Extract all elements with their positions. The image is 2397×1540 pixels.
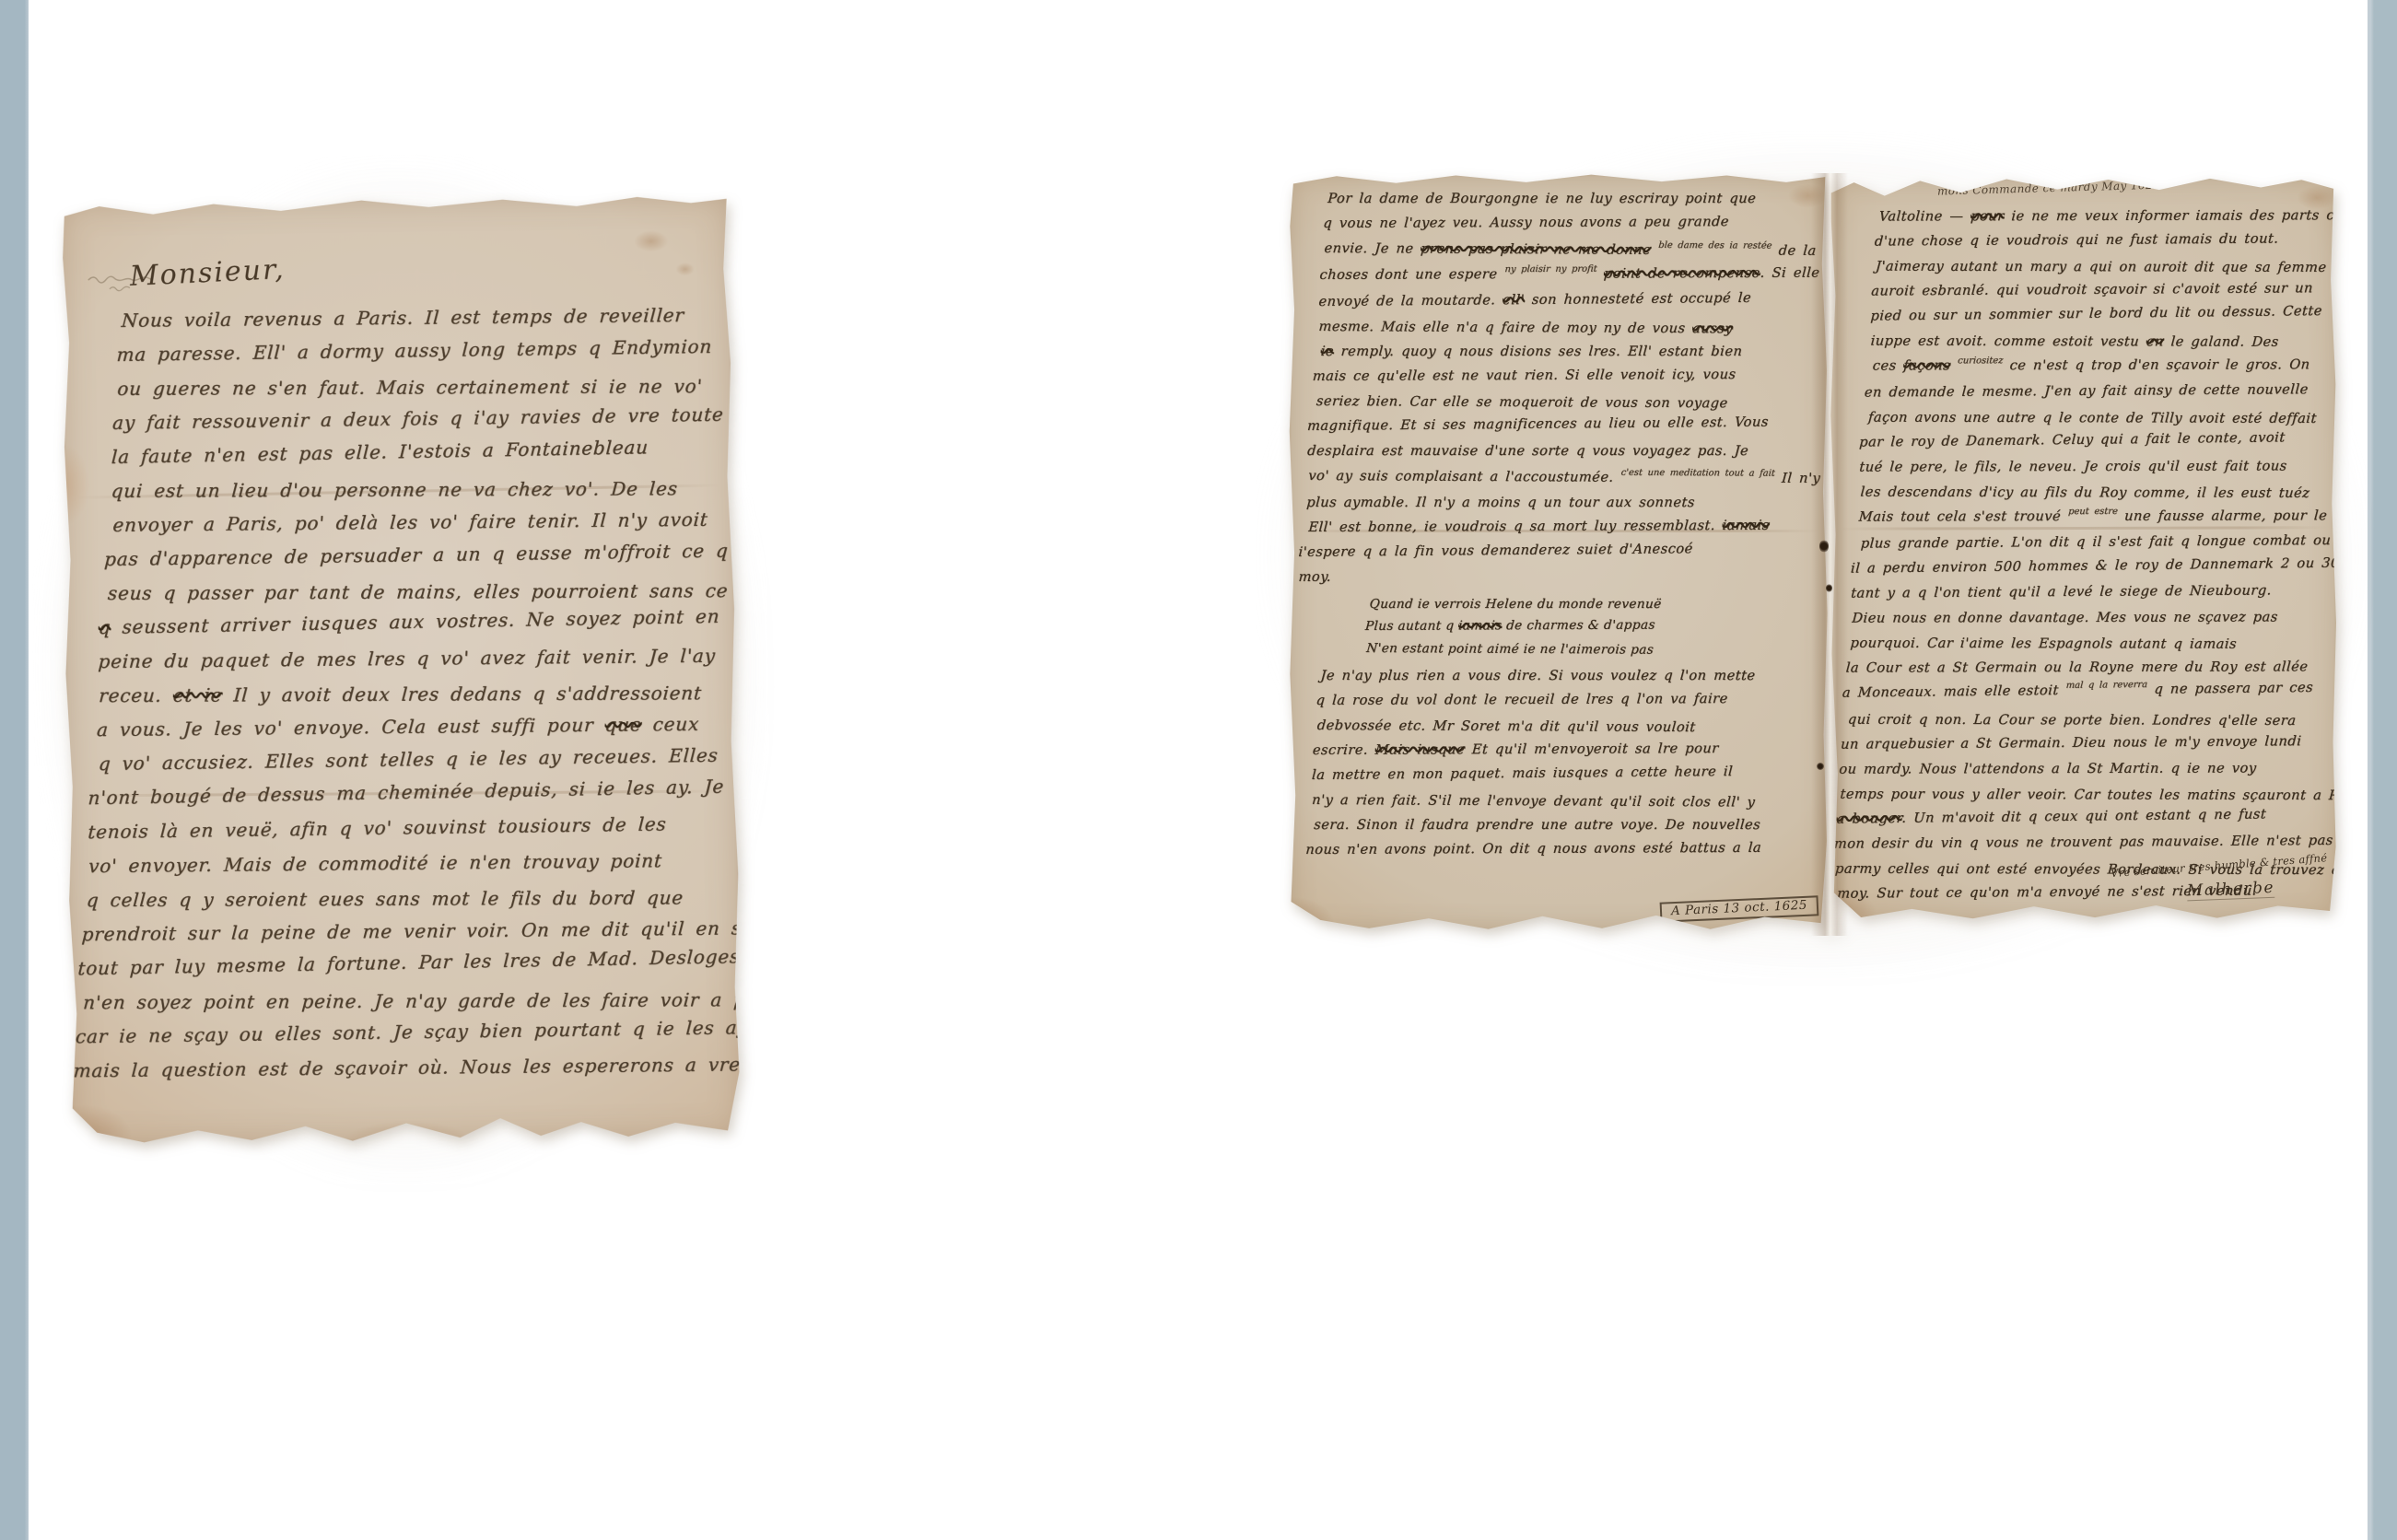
- manuscript-line: envoyé de la moutarde. ell' son honneste…: [1318, 285, 1826, 314]
- manuscript-line: moy.: [1298, 563, 1808, 589]
- manuscript-line: n'y a rien fait. S'il me l'envoye devant…: [1311, 787, 1821, 815]
- manuscript-line: tant y a q l'on tient qu'il a levé le si…: [1850, 577, 2327, 606]
- left-leaf-text-wrap: Por la dame de Bourgongne ie ne luy escr…: [1288, 173, 1830, 862]
- left-leaf-text-continued: Je n'ay plus rien a vous dire. Si vous v…: [1304, 663, 1827, 862]
- bifolium-right-leaf: mons Commande ce mardy May 1625 Valtolin…: [1829, 175, 2339, 922]
- signature-malherbe: Malherbe: [2187, 879, 2275, 902]
- left-letter-photo: Monsieur, Nous voila revenus a Paris. Il…: [59, 193, 742, 1147]
- manuscript-line: ie remply. quoy q nous disions ses lres.…: [1320, 339, 1824, 364]
- quoted-verse: Quand ie verrois Helene du monde revenuë…: [1362, 593, 1822, 659]
- manuscript-line: Por la dame de Bourgongne ie ne luy escr…: [1327, 186, 1834, 211]
- manuscript-line: mesme. Mais elle n'a q faire de moy ny d…: [1318, 314, 1829, 342]
- manuscript-line: nous n'en avons point. On dit q nous avo…: [1305, 835, 1816, 862]
- manuscript-line: magnifique. Et si ses magnificences au l…: [1306, 409, 1817, 438]
- manuscript-line: Je n'ay plus rien a vous dire. Si vous v…: [1320, 663, 1828, 688]
- manuscript-line: vo' ay suis complaisant a l'accoustumée.…: [1307, 463, 1818, 493]
- manuscript-line: i'espere q a la fin vous demanderez suie…: [1298, 535, 1808, 565]
- manuscript-line: q vous ne l'ayez veu. Aussy nous avons a…: [1323, 209, 1833, 236]
- manuscript-line: Valtoline — pour ie ne me veux informer …: [1878, 203, 2353, 228]
- right-letter-photo: Por la dame de Bourgongne ie ne luy escr…: [1288, 173, 2338, 936]
- manuscript-line: tué le pere, le fils, le neveu. Je crois…: [1859, 453, 2336, 479]
- manuscript-line: pied ou sur un sommier sur le bord du li…: [1870, 298, 2344, 329]
- manuscript-line: iuppe est avoit. comme estoit vestu en l…: [1870, 329, 2347, 355]
- manuscript-line: ou mardy. Nous l'attendons a la St Marti…: [1838, 755, 2315, 781]
- manuscript-line: un arquebusier a St Germain. Dieu nous l…: [1840, 729, 2317, 757]
- manuscript-line: Dieu nous en donne davantage. Mes vous n…: [1851, 604, 2325, 630]
- manuscript-line: qui est un lieu d'ou personne ne va chez…: [111, 472, 730, 508]
- manuscript-line: Quand ie verrois Helene du monde revenuë: [1369, 593, 1823, 615]
- left-leaf-text: Por la dame de Bourgongne ie ne luy escr…: [1298, 186, 1835, 589]
- left-margin-band: [0, 0, 29, 1540]
- left-letter-paper: Monsieur, Nous voila revenus a Paris. Il…: [59, 193, 742, 1147]
- manuscript-line: en demande le mesme. J'en ay fait ainsy …: [1864, 377, 2341, 405]
- manuscript-line: la mettre en mon paquet. mais iusques a …: [1311, 758, 1818, 787]
- right-leaf-text: Valtoline — pour ie ne me veux informer …: [1830, 203, 2352, 905]
- manuscript-line: Plus autant q iamais de charmes & d'appa…: [1364, 613, 1821, 637]
- left-letter-text: Nous voila revenus a Paris. Il est temps…: [73, 297, 737, 1088]
- manuscript-line: a Monceaux. mais elle estoit mal q la re…: [1842, 675, 2319, 707]
- manuscript-line: Mais tout cela s'est trouvé peut estre u…: [1858, 503, 2333, 531]
- catalog-page: Monsieur, Nous voila revenus a Paris. Il…: [0, 0, 2397, 1540]
- manuscript-line: receu. et ie Il y avoit deux lres dedans…: [98, 676, 717, 713]
- manuscript-line: desplaira est mauvaise d'une sorte q vou…: [1306, 438, 1817, 463]
- manuscript-line: vo' envoyer. Mais de commodité ie n'en t…: [88, 844, 704, 883]
- manuscript-line: a bouger. Un m'avoit dit q ceux qui ont …: [1836, 801, 2310, 832]
- manuscript-line: d'une chose q ie voudrois qui ne fust ia…: [1874, 226, 2351, 254]
- manuscript-line: plus aymable. Il n'y a moins q un tour a…: [1305, 490, 1813, 515]
- manuscript-line: mais ce qu'elle est ne vaut rien. Si ell…: [1312, 362, 1822, 389]
- dateline-box: A Paris 13 oct. 1625: [1660, 895, 1819, 922]
- manuscript-line: il a perdu environ 500 hommes & le roy d…: [1850, 551, 2327, 581]
- manuscript-line: mais la question est de sçavoir où. Nous…: [73, 1048, 692, 1088]
- ink-blot: [1817, 763, 1824, 770]
- manuscript-line: q la rose du vol dont le recueil de lres…: [1315, 686, 1826, 713]
- manuscript-line: ces façons curiositez ce n'est q trop d'…: [1872, 352, 2343, 379]
- bifolium-left-leaf: Por la dame de Bourgongne ie ne luy escr…: [1288, 173, 1830, 932]
- salutation: Monsieur,: [129, 232, 732, 293]
- manuscript-line: N'en estant point aimé ie ne l'aimerois …: [1365, 637, 1822, 662]
- manuscript-line: peine du paquet de mes lres q vo' avez f…: [97, 639, 716, 679]
- right-margin-band: [2368, 0, 2397, 1540]
- ink-blot: [1819, 540, 1829, 553]
- manuscript-line: sera. Sinon il faudra prendre une autre …: [1313, 812, 1817, 837]
- manuscript-line: par le roy de Danemark. Celuy qui a fait…: [1858, 425, 2335, 455]
- manuscript-line: q celles q y seroient eues sans mot le f…: [86, 881, 705, 917]
- manuscript-line: mon desir du vin q vous ne trouvent pas …: [1833, 828, 2310, 857]
- manuscript-line: pourquoi. Car i'aime les Espagnols autan…: [1850, 631, 2327, 657]
- right-leaf-text-wrap: Valtoline — pour ie ne me veux informer …: [1829, 175, 2339, 905]
- ink-blot: [1826, 584, 1832, 592]
